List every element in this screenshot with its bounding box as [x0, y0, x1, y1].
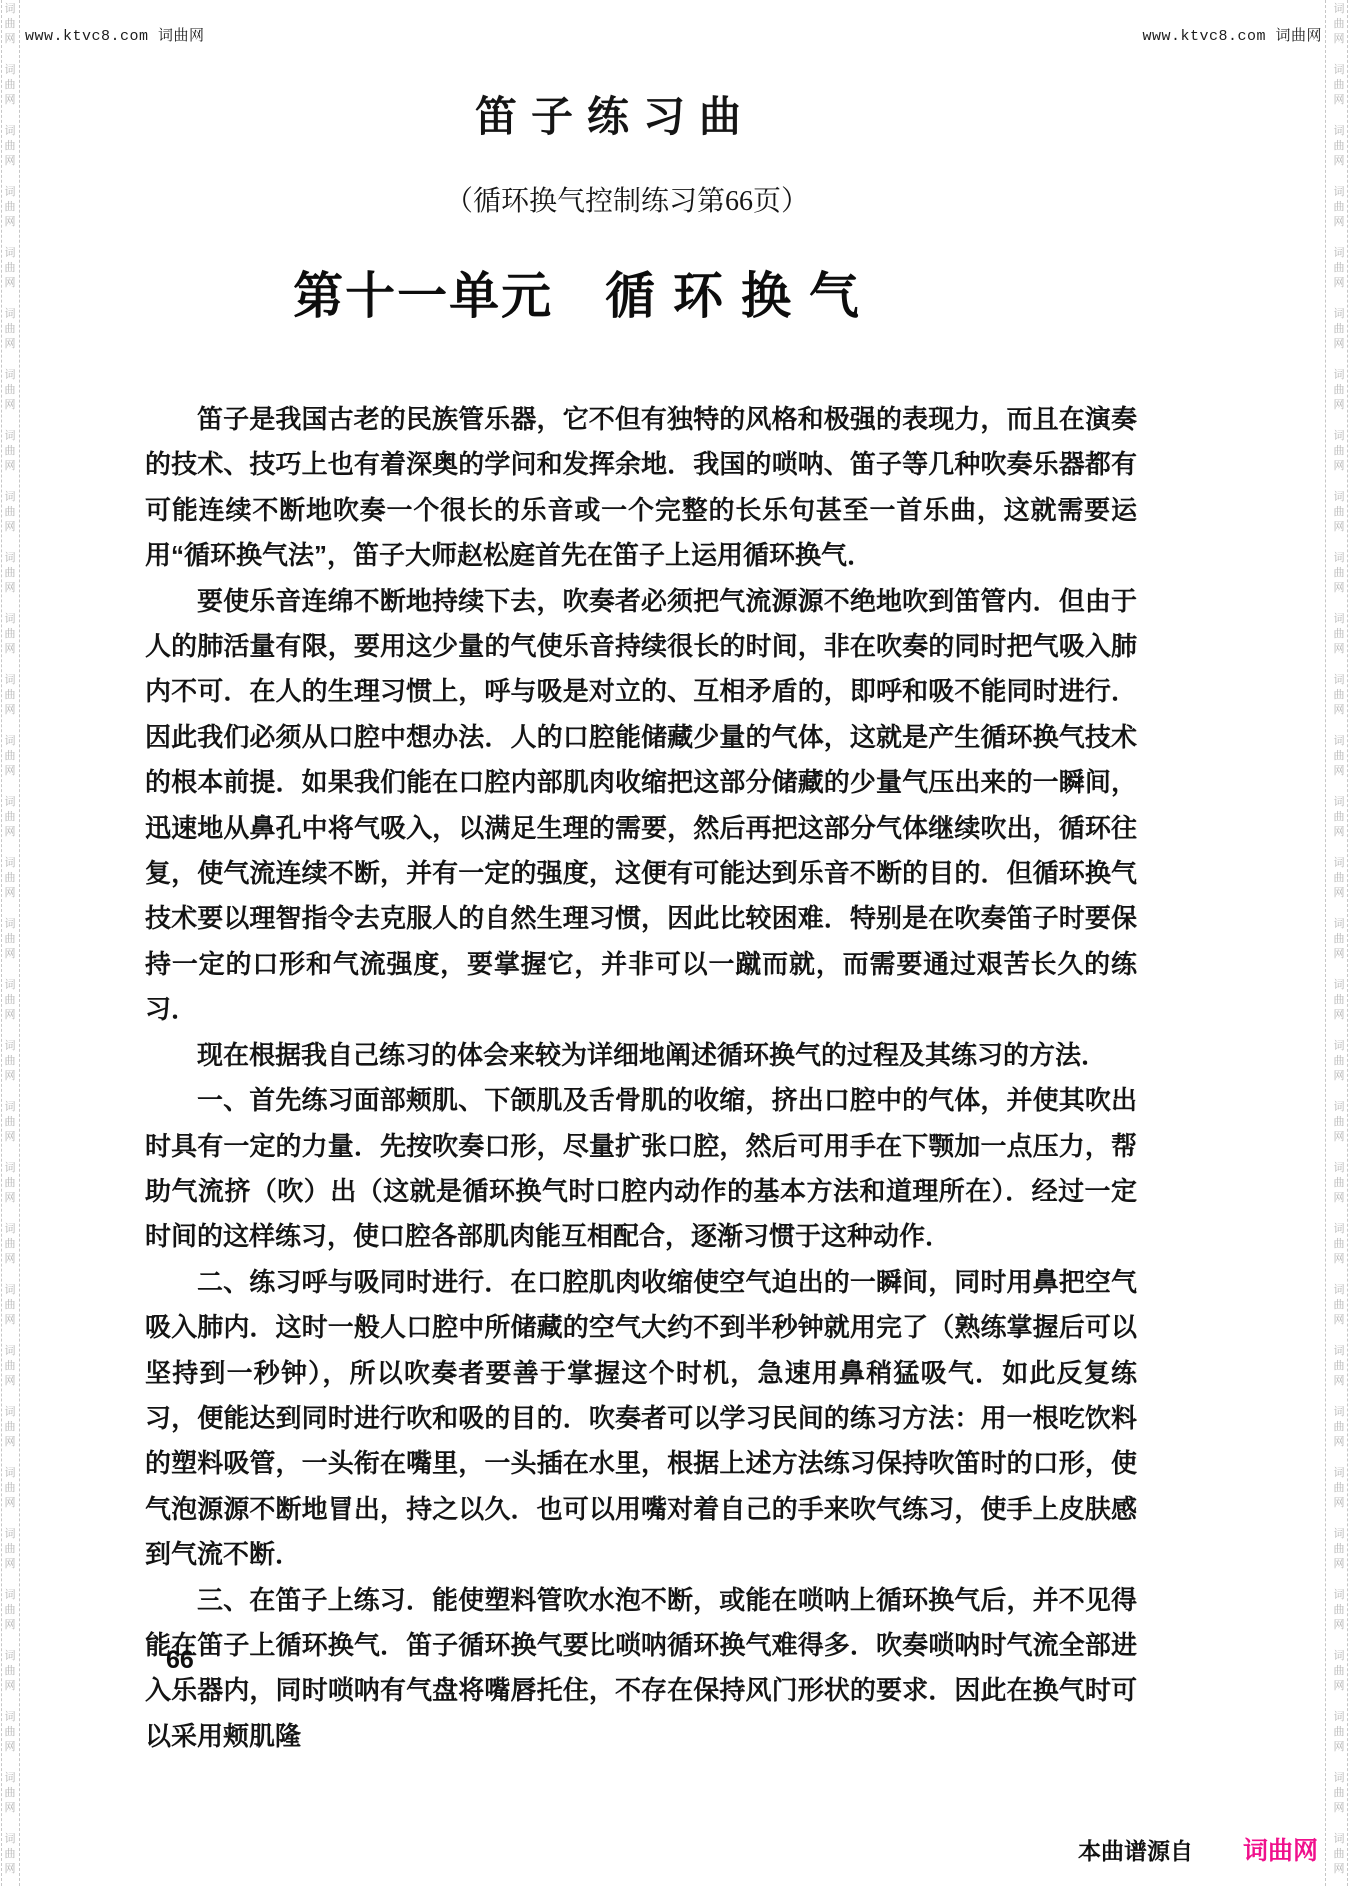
side-watermark-char: 网: [3, 581, 17, 596]
side-watermark-char: 网: [1332, 93, 1346, 108]
side-watermark-char: 曲: [1332, 78, 1346, 93]
article-body: 笛子是我国古老的民族管乐器，它不但有独特的风格和极强的表现力，而且在演奏的技术、…: [145, 397, 1137, 1759]
side-watermark-group: 词曲网: [1332, 1161, 1346, 1206]
side-watermark-group: 词曲网: [1332, 1527, 1346, 1572]
side-watermark-char: 词: [1332, 1222, 1346, 1237]
side-watermark-char: 词: [1332, 734, 1346, 749]
side-watermark-char: 词: [1332, 612, 1346, 627]
side-watermark-group: 词曲网: [1332, 1100, 1346, 1145]
side-watermark-char: 曲: [1332, 749, 1346, 764]
side-watermark-char: 网: [3, 1862, 17, 1877]
side-watermark-char: 曲: [3, 1054, 17, 1069]
side-watermark-char: 网: [1332, 1069, 1346, 1084]
side-watermark-char: 网: [1332, 1435, 1346, 1450]
side-watermark-group: 词曲网: [3, 1283, 17, 1328]
watermark-top-right: www.ktvc8.com 词曲网: [1142, 24, 1322, 45]
side-watermark-char: 网: [3, 1618, 17, 1633]
side-watermark-char: 网: [1332, 1801, 1346, 1816]
side-watermark-char: 曲: [3, 932, 17, 947]
side-watermark-char: 词: [3, 1588, 17, 1603]
side-watermark-char: 曲: [1332, 1420, 1346, 1435]
side-watermark-char: 网: [1332, 1252, 1346, 1267]
side-watermark-char: 词: [3, 2, 17, 17]
side-watermark-char: 网: [3, 947, 17, 962]
side-watermark-group: 词曲网: [1332, 246, 1346, 291]
side-watermark-char: 词: [3, 1466, 17, 1481]
side-watermark-char: 词: [3, 795, 17, 810]
side-watermark-char: 曲: [3, 17, 17, 32]
side-watermark-char: 网: [1332, 825, 1346, 840]
side-watermark-group: 词曲网: [3, 1344, 17, 1389]
right-watermark-column: 词曲网词曲网词曲网词曲网词曲网词曲网词曲网词曲网词曲网词曲网词曲网词曲网词曲网词…: [1332, 2, 1346, 1886]
scanned-book-page: 词曲网词曲网词曲网词曲网词曲网词曲网词曲网词曲网词曲网词曲网词曲网词曲网词曲网词…: [0, 0, 1350, 1886]
side-watermark-char: 曲: [3, 688, 17, 703]
side-watermark-char: 词: [3, 1161, 17, 1176]
side-watermark-group: 词曲网: [3, 1222, 17, 1267]
side-watermark-group: 词曲网: [1332, 1405, 1346, 1450]
side-watermark-char: 曲: [1332, 1054, 1346, 1069]
side-watermark-group: 词曲网: [1332, 124, 1346, 169]
side-watermark-char: 网: [1332, 154, 1346, 169]
right-inner-dashed-rule: [1325, 0, 1326, 1886]
side-watermark-char: 曲: [3, 1359, 17, 1374]
side-watermark-char: 网: [1332, 947, 1346, 962]
side-watermark-char: 曲: [1332, 17, 1346, 32]
side-watermark-char: 网: [1332, 886, 1346, 901]
side-watermark-group: 词曲网: [1332, 2, 1346, 47]
side-watermark-char: 词: [1332, 795, 1346, 810]
side-watermark-char: 网: [3, 642, 17, 657]
side-watermark-char: 曲: [1332, 1786, 1346, 1801]
side-watermark-char: 网: [3, 1557, 17, 1572]
footer-source-label: 本曲谱源自: [1078, 1833, 1193, 1866]
side-watermark-char: 网: [1332, 1191, 1346, 1206]
side-watermark-char: 词: [1332, 1588, 1346, 1603]
side-watermark-char: 网: [1332, 642, 1346, 657]
side-watermark-group: 词曲网: [1332, 612, 1346, 657]
side-watermark-char: 词: [3, 917, 17, 932]
side-watermark-char: 曲: [3, 993, 17, 1008]
side-watermark-group: 词曲网: [3, 1405, 17, 1450]
side-watermark-char: 网: [3, 764, 17, 779]
book-title: 笛子练习曲: [0, 84, 1230, 144]
side-watermark-char: 曲: [3, 1237, 17, 1252]
side-watermark-group: 词曲网: [3, 1649, 17, 1694]
side-watermark-char: 网: [3, 1374, 17, 1389]
side-watermark-group: 词曲网: [1332, 429, 1346, 474]
side-watermark-group: 词曲网: [3, 917, 17, 962]
side-watermark-group: 词曲网: [1332, 1466, 1346, 1511]
paragraph-4: 一、首先练习面部颊肌、下颌肌及舌骨肌的收缩，挤出口腔中的气体，并使其吹出时具有一…: [145, 1078, 1137, 1260]
side-watermark-group: 词曲网: [3, 1771, 17, 1816]
side-watermark-char: 词: [1332, 978, 1346, 993]
side-watermark-char: 词: [3, 856, 17, 871]
side-watermark-char: 词: [1332, 368, 1346, 383]
side-watermark-char: 曲: [1332, 383, 1346, 398]
side-watermark-char: 网: [3, 337, 17, 352]
side-watermark-char: 网: [1332, 32, 1346, 47]
side-watermark-char: 网: [3, 1496, 17, 1511]
side-watermark-group: 词曲网: [3, 429, 17, 474]
side-watermark-char: 网: [3, 1069, 17, 1084]
side-watermark-char: 曲: [3, 566, 17, 581]
side-watermark-char: 词: [3, 63, 17, 78]
side-watermark-char: 词: [1332, 1344, 1346, 1359]
side-watermark-group: 词曲网: [1332, 185, 1346, 230]
side-watermark-char: 曲: [3, 1115, 17, 1130]
side-watermark-char: 网: [1332, 215, 1346, 230]
side-watermark-group: 词曲网: [1332, 734, 1346, 779]
footer-source-line: 本曲谱源自 词曲网: [1078, 1831, 1318, 1867]
side-watermark-group: 词曲网: [1332, 673, 1346, 718]
side-watermark-group: 词曲网: [3, 1527, 17, 1572]
side-watermark-char: 词: [1332, 1466, 1346, 1481]
side-watermark-char: 词: [1332, 1649, 1346, 1664]
side-watermark-char: 词: [1332, 185, 1346, 200]
side-watermark-char: 曲: [3, 1664, 17, 1679]
side-watermark-char: 网: [1332, 703, 1346, 718]
side-watermark-char: 曲: [1332, 1115, 1346, 1130]
side-watermark-char: 词: [3, 1710, 17, 1725]
side-watermark-group: 词曲网: [3, 551, 17, 596]
side-watermark-char: 网: [3, 32, 17, 47]
side-watermark-char: 词: [3, 978, 17, 993]
side-watermark-char: 词: [3, 734, 17, 749]
side-watermark-char: 网: [3, 520, 17, 535]
side-watermark-group: 词曲网: [1332, 490, 1346, 535]
side-watermark-char: 词: [1332, 1161, 1346, 1176]
side-watermark-char: 词: [1332, 1710, 1346, 1725]
side-watermark-group: 词曲网: [3, 1039, 17, 1084]
side-watermark-char: 词: [3, 1039, 17, 1054]
side-watermark-group: 词曲网: [3, 1161, 17, 1206]
side-watermark-group: 词曲网: [1332, 978, 1346, 1023]
side-watermark-char: 曲: [3, 1420, 17, 1435]
side-watermark-char: 网: [3, 154, 17, 169]
side-watermark-char: 网: [3, 398, 17, 413]
side-watermark-char: 曲: [3, 810, 17, 825]
side-watermark-char: 词: [3, 1832, 17, 1847]
side-watermark-char: 网: [1332, 276, 1346, 291]
side-watermark-char: 词: [1332, 551, 1346, 566]
paragraph-3: 现在根据我自己练习的体会来较为详细地阐述循环换气的过程及其练习的方法．: [145, 1033, 1137, 1078]
side-watermark-char: 曲: [1332, 993, 1346, 1008]
side-watermark-char: 网: [3, 703, 17, 718]
side-watermark-char: 词: [3, 551, 17, 566]
side-watermark-char: 词: [1332, 246, 1346, 261]
side-watermark-group: 词曲网: [3, 734, 17, 779]
side-watermark-char: 曲: [1332, 322, 1346, 337]
side-watermark-char: 词: [3, 1527, 17, 1542]
side-watermark-char: 曲: [3, 1481, 17, 1496]
side-watermark-char: 词: [3, 1222, 17, 1237]
side-watermark-char: 网: [3, 1008, 17, 1023]
side-watermark-char: 词: [1332, 124, 1346, 139]
side-watermark-char: 曲: [1332, 1481, 1346, 1496]
side-watermark-char: 词: [1332, 1039, 1346, 1054]
side-watermark-char: 曲: [1332, 139, 1346, 154]
side-watermark-char: 网: [3, 1313, 17, 1328]
side-watermark-char: 曲: [3, 383, 17, 398]
side-watermark-char: 词: [1332, 63, 1346, 78]
side-watermark-char: 网: [1332, 1862, 1346, 1877]
side-watermark-char: 网: [3, 1191, 17, 1206]
side-watermark-char: 网: [1332, 1618, 1346, 1633]
side-watermark-group: 词曲网: [3, 856, 17, 901]
side-watermark-char: 曲: [1332, 1298, 1346, 1313]
side-watermark-char: 曲: [3, 1542, 17, 1557]
side-watermark-char: 网: [3, 459, 17, 474]
side-watermark-char: 曲: [1332, 566, 1346, 581]
side-watermark-char: 网: [3, 1130, 17, 1145]
side-watermark-char: 网: [3, 1435, 17, 1450]
side-watermark-group: 词曲网: [3, 673, 17, 718]
side-watermark-char: 曲: [1332, 627, 1346, 642]
side-watermark-char: 网: [3, 1740, 17, 1755]
side-watermark-char: 词: [3, 429, 17, 444]
paragraph-1: 笛子是我国古老的民族管乐器，它不但有独特的风格和极强的表现力，而且在演奏的技术、…: [145, 397, 1137, 579]
side-watermark-char: 网: [1332, 1496, 1346, 1511]
side-watermark-char: 曲: [1332, 1847, 1346, 1862]
watermark-top-left: www.ktvc8.com 词曲网: [25, 24, 205, 45]
side-watermark-char: 网: [1332, 520, 1346, 535]
side-watermark-char: 曲: [3, 505, 17, 520]
side-watermark-group: 词曲网: [1332, 795, 1346, 840]
side-watermark-group: 词曲网: [1332, 856, 1346, 901]
side-watermark-group: 词曲网: [3, 368, 17, 413]
side-watermark-group: 词曲网: [1332, 307, 1346, 352]
side-watermark-char: 词: [1332, 1771, 1346, 1786]
side-watermark-char: 词: [1332, 2, 1346, 17]
side-watermark-char: 网: [1332, 1008, 1346, 1023]
paragraph-5: 二、练习呼与吸同时进行．在口腔肌肉收缩使空气迫出的一瞬间，同时用鼻把空气吸入肺内…: [145, 1260, 1137, 1578]
side-watermark-char: 词: [1332, 1527, 1346, 1542]
side-watermark-char: 曲: [1332, 200, 1346, 215]
side-watermark-group: 词曲网: [1332, 63, 1346, 108]
side-watermark-char: 网: [1332, 764, 1346, 779]
side-watermark-char: 网: [1332, 1130, 1346, 1145]
side-watermark-char: 曲: [1332, 505, 1346, 520]
side-watermark-group: 词曲网: [1332, 1649, 1346, 1694]
side-watermark-char: 词: [1332, 429, 1346, 444]
side-watermark-char: 词: [1332, 1100, 1346, 1115]
side-watermark-char: 词: [3, 1649, 17, 1664]
side-watermark-char: 曲: [3, 444, 17, 459]
side-watermark-char: 曲: [3, 1725, 17, 1740]
side-watermark-group: 词曲网: [1332, 917, 1346, 962]
side-watermark-char: 词: [3, 673, 17, 688]
side-watermark-char: 曲: [3, 1176, 17, 1191]
side-watermark-char: 词: [3, 1100, 17, 1115]
side-watermark-group: 词曲网: [3, 612, 17, 657]
side-watermark-char: 词: [3, 1405, 17, 1420]
paragraph-2: 要使乐音连绵不断地持续下去，吹奏者必须把气流源源不绝地吹到笛管内．但由于人的肺活…: [145, 579, 1137, 1033]
side-watermark-char: 曲: [3, 1298, 17, 1313]
side-watermark-char: 词: [1332, 307, 1346, 322]
side-watermark-char: 词: [1332, 856, 1346, 871]
side-watermark-char: 曲: [1332, 1603, 1346, 1618]
side-watermark-char: 网: [3, 1679, 17, 1694]
side-watermark-char: 网: [1332, 337, 1346, 352]
side-watermark-char: 曲: [1332, 261, 1346, 276]
side-watermark-char: 网: [3, 1252, 17, 1267]
side-watermark-char: 曲: [3, 871, 17, 886]
side-watermark-char: 曲: [1332, 932, 1346, 947]
unit-heading: 第十一单元 循 环 换 气: [0, 256, 1154, 328]
right-edge-dashed-rule: [1347, 0, 1348, 1886]
side-watermark-group: 词曲网: [3, 978, 17, 1023]
side-watermark-group: 词曲网: [3, 1588, 17, 1633]
side-watermark-char: 网: [1332, 459, 1346, 474]
side-watermark-char: 曲: [1332, 688, 1346, 703]
side-watermark-char: 曲: [1332, 810, 1346, 825]
side-watermark-char: 曲: [1332, 1359, 1346, 1374]
side-watermark-group: 词曲网: [3, 490, 17, 535]
side-watermark-char: 网: [3, 825, 17, 840]
side-watermark-group: 词曲网: [1332, 1344, 1346, 1389]
side-watermark-group: 词曲网: [1332, 1710, 1346, 1755]
side-watermark-char: 曲: [3, 627, 17, 642]
side-watermark-char: 网: [3, 886, 17, 901]
side-watermark-char: 曲: [1332, 1542, 1346, 1557]
page-number: 66: [166, 1646, 194, 1675]
side-watermark-char: 词: [1332, 1832, 1346, 1847]
side-watermark-char: 词: [3, 1344, 17, 1359]
side-watermark-char: 网: [1332, 581, 1346, 596]
side-watermark-group: 词曲网: [3, 1100, 17, 1145]
side-watermark-group: 词曲网: [1332, 1832, 1346, 1877]
side-watermark-group: 词曲网: [3, 1466, 17, 1511]
side-watermark-char: 曲: [1332, 871, 1346, 886]
side-watermark-group: 词曲网: [1332, 368, 1346, 413]
side-watermark-char: 网: [1332, 1740, 1346, 1755]
side-watermark-group: 词曲网: [3, 795, 17, 840]
side-watermark-group: 词曲网: [3, 1832, 17, 1877]
subtitle: （循环换气控制练习第66页）: [0, 179, 1254, 219]
side-watermark-group: 词曲网: [1332, 1588, 1346, 1633]
side-watermark-char: 曲: [3, 1847, 17, 1862]
side-watermark-char: 词: [1332, 1405, 1346, 1420]
side-watermark-char: 词: [3, 490, 17, 505]
side-watermark-group: 词曲网: [3, 2, 17, 47]
side-watermark-group: 词曲网: [1332, 1283, 1346, 1328]
side-watermark-char: 网: [1332, 398, 1346, 413]
side-watermark-char: 词: [3, 368, 17, 383]
side-watermark-group: 词曲网: [3, 1710, 17, 1755]
side-watermark-char: 词: [1332, 673, 1346, 688]
side-watermark-char: 曲: [3, 749, 17, 764]
side-watermark-group: 词曲网: [1332, 1222, 1346, 1267]
side-watermark-char: 曲: [1332, 444, 1346, 459]
side-watermark-char: 曲: [3, 1786, 17, 1801]
side-watermark-char: 曲: [1332, 1237, 1346, 1252]
side-watermark-char: 曲: [1332, 1664, 1346, 1679]
side-watermark-char: 词: [1332, 490, 1346, 505]
side-watermark-char: 曲: [3, 1603, 17, 1618]
side-watermark-char: 词: [3, 612, 17, 627]
side-watermark-char: 曲: [1332, 1176, 1346, 1191]
side-watermark-char: 网: [1332, 1374, 1346, 1389]
side-watermark-char: 网: [3, 1801, 17, 1816]
side-watermark-char: 词: [3, 1771, 17, 1786]
side-watermark-group: 词曲网: [1332, 1039, 1346, 1084]
side-watermark-char: 网: [1332, 1679, 1346, 1694]
side-watermark-char: 词: [1332, 1283, 1346, 1298]
footer-site-name: 词曲网: [1243, 1831, 1318, 1867]
side-watermark-char: 词: [3, 1283, 17, 1298]
side-watermark-group: 词曲网: [1332, 551, 1346, 596]
side-watermark-char: 网: [1332, 1313, 1346, 1328]
side-watermark-char: 曲: [1332, 1725, 1346, 1740]
side-watermark-group: 词曲网: [1332, 1771, 1346, 1816]
side-watermark-char: 网: [1332, 1557, 1346, 1572]
side-watermark-char: 词: [1332, 917, 1346, 932]
paragraph-6: 三、在笛子上练习．能使塑料管吹水泡不断，或能在唢呐上循环换气后，并不见得能在笛子…: [145, 1578, 1137, 1760]
